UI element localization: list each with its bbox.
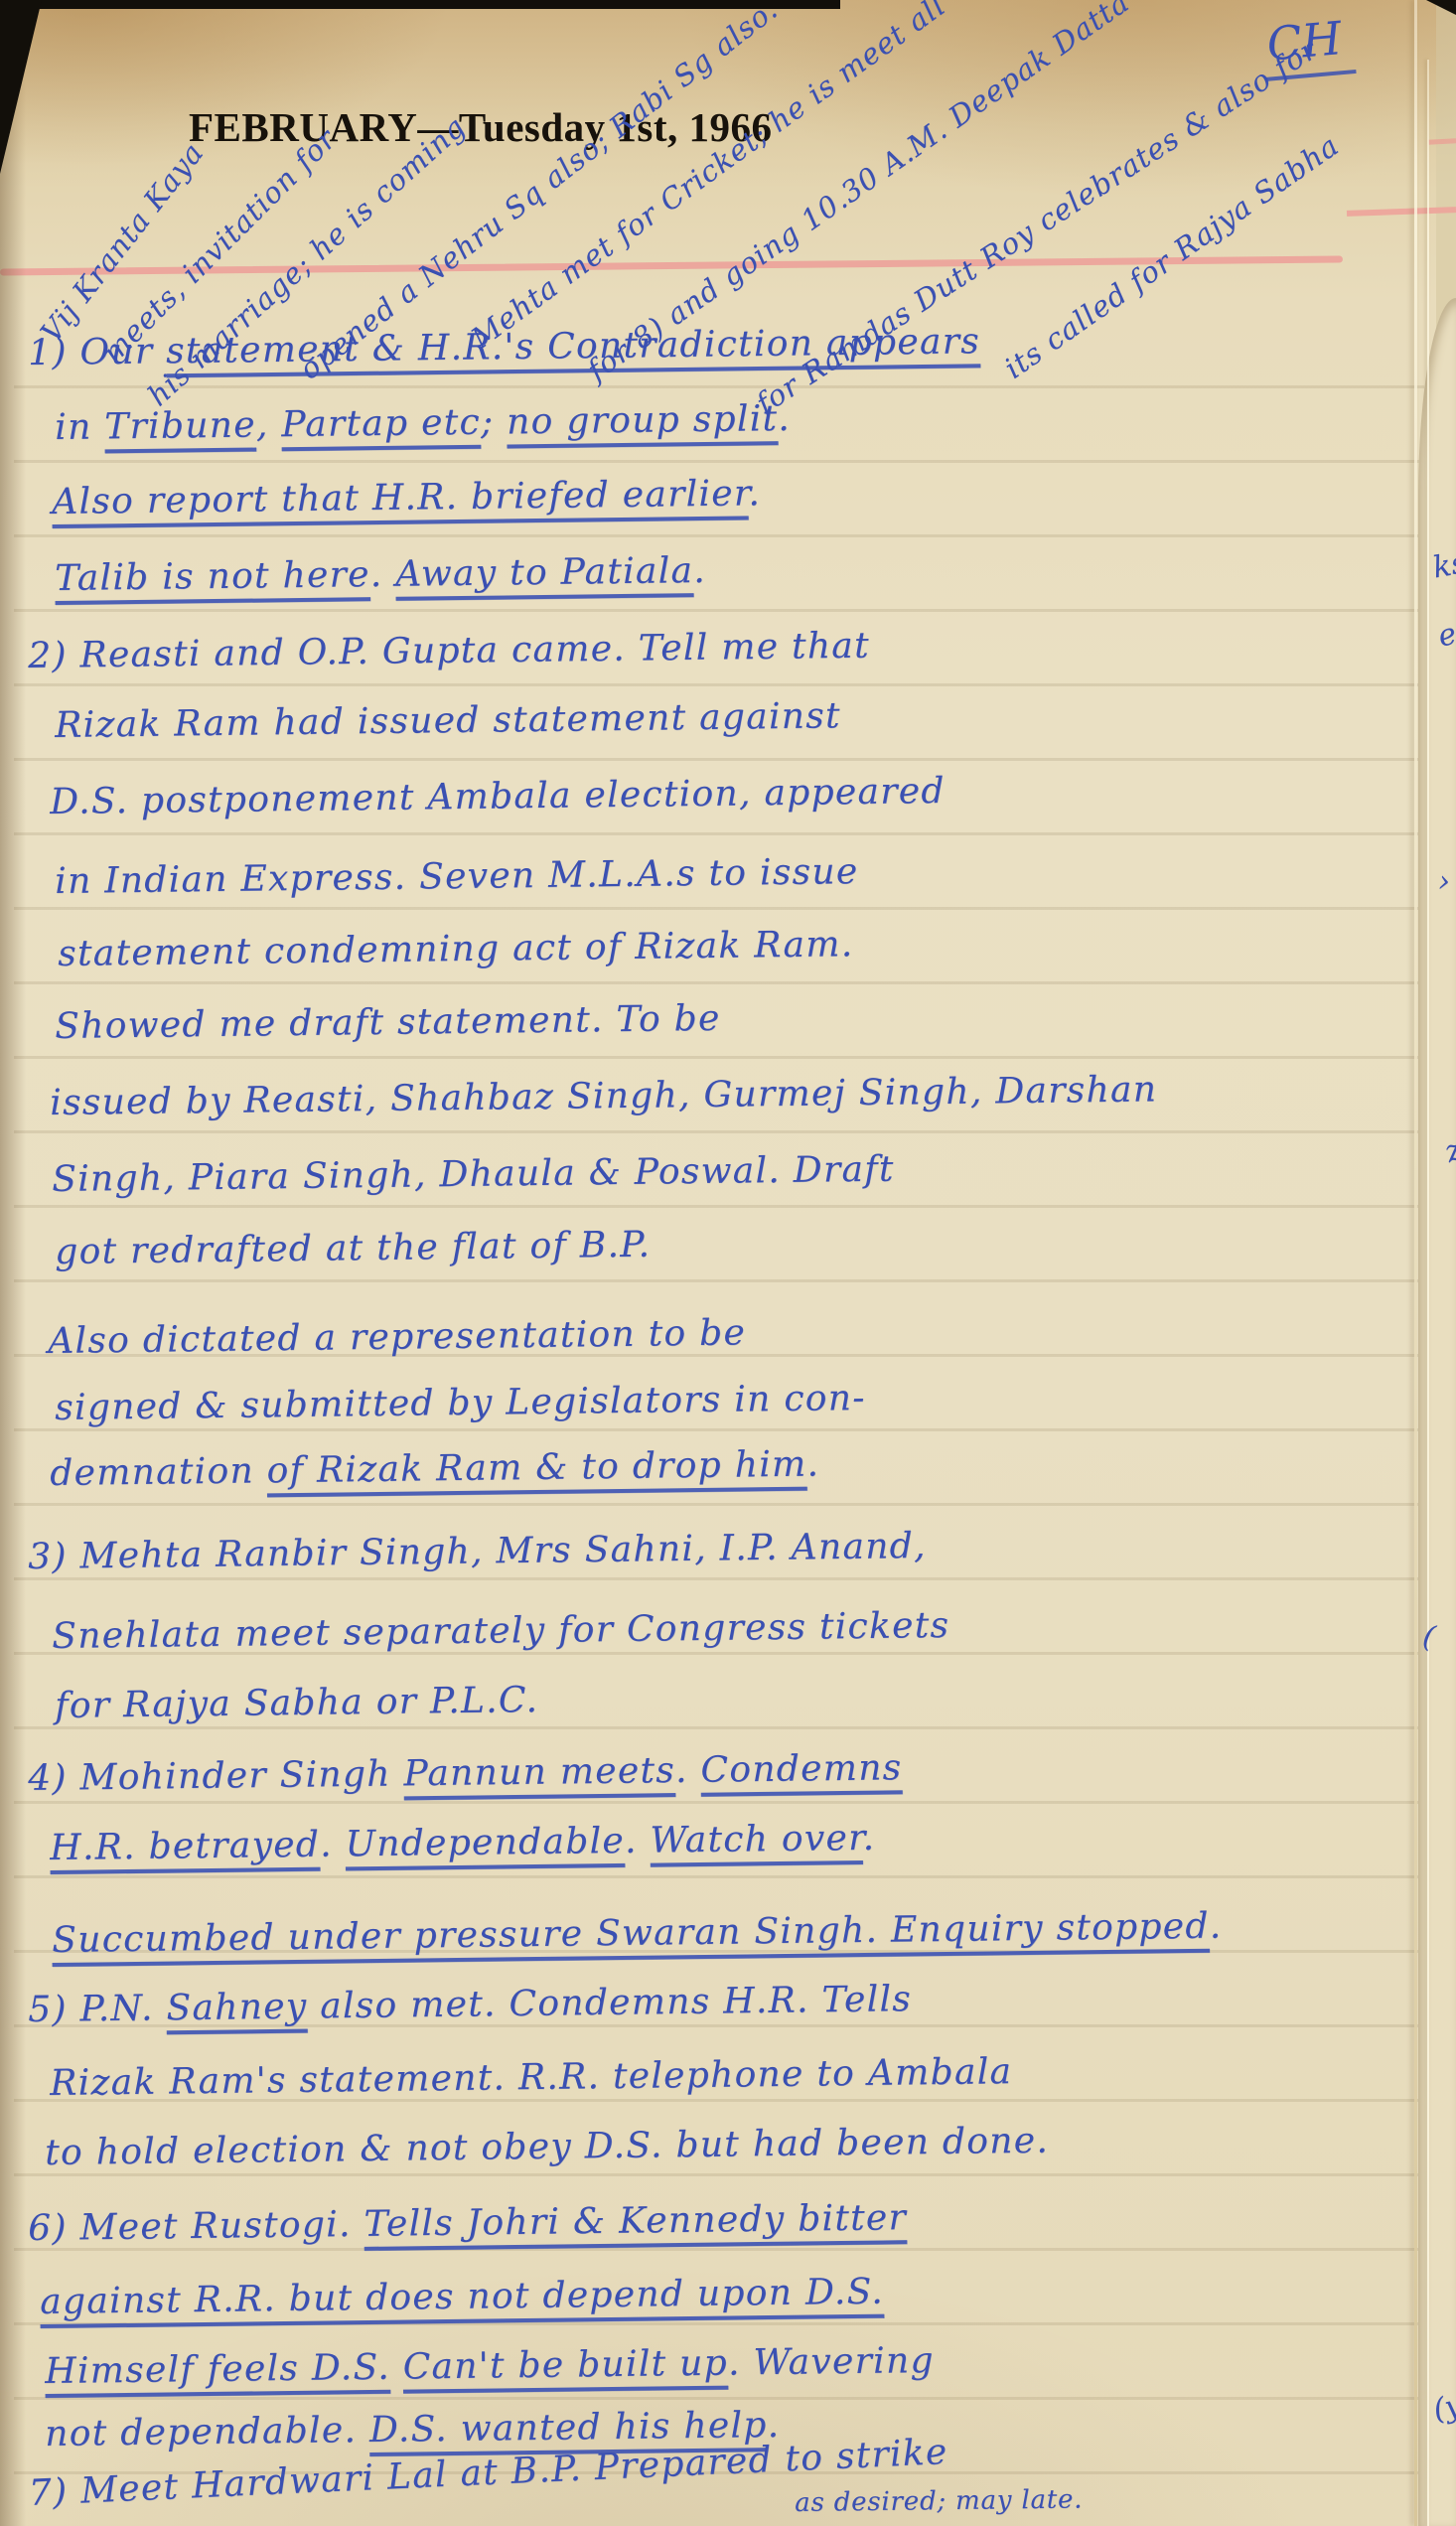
phrase: . Wavering xyxy=(728,2340,935,2384)
underlined-phrase: Can't be built up xyxy=(402,2343,728,2388)
handwriting-line: as desired; may late. xyxy=(795,2484,1083,2518)
underlined-phrase: Undependable xyxy=(345,1821,625,1864)
page-edge-crease xyxy=(1414,0,1417,2526)
underlined-phrase: Talib is not here xyxy=(55,554,370,599)
phrase: . xyxy=(320,1824,346,1864)
phrase: , xyxy=(256,404,282,445)
phrase xyxy=(390,2347,403,2388)
underlined-phrase: Tribune xyxy=(104,405,256,448)
handwriting-line: Also report that H.R. briefed earlier. xyxy=(52,473,761,522)
handwriting-line: Showed me draft statement. To be xyxy=(55,998,721,1047)
underlined-phrase: Himself feels D.S. xyxy=(45,2347,390,2392)
phrase: as desired; may late. xyxy=(795,2484,1083,2518)
phrase: . xyxy=(1209,1906,1222,1947)
underlined-phrase: no group split xyxy=(507,398,779,442)
diary-page-scan: FEBRUARY—Tuesday 1st, 1966 CH Vij Kranta… xyxy=(0,0,1456,2526)
underlined-phrase: H.R. betrayed xyxy=(50,1825,320,1868)
margin-ink-fragment: › xyxy=(1438,864,1450,899)
underlined-phrase: Tells Johri & Kennedy bitter xyxy=(364,2197,907,2245)
handwriting-line: Also dictated a representation to be xyxy=(48,1312,746,1362)
printed-date-header: FEBRUARY—Tuesday 1st, 1966 xyxy=(189,103,773,151)
underlined-phrase: Sahney xyxy=(166,1987,307,2029)
underlined-phrase: Partap etc xyxy=(281,402,481,445)
phrase: . xyxy=(675,1750,701,1791)
phrase: . xyxy=(778,398,791,439)
phrase: 6) Meet Rustogi. xyxy=(28,2204,364,2249)
phrase: . xyxy=(748,473,761,514)
underlined-phrase: Away to Patiala xyxy=(395,550,693,595)
phrase: . xyxy=(693,550,706,591)
handwriting-line: for Rajya Sabha or P.L.C. xyxy=(55,1680,538,1726)
phrase: . xyxy=(806,1444,819,1485)
phrase: demnation xyxy=(50,1450,267,1494)
phrase: ; xyxy=(481,401,508,442)
phrase: . xyxy=(625,1821,651,1861)
underlined-phrase: Condemns xyxy=(700,1747,902,1790)
underlined-phrase: Watch over xyxy=(650,1818,863,1861)
page-edge-crease xyxy=(1427,60,1429,2526)
phrase: 4) Mohinder Singh xyxy=(28,1753,404,1799)
scanner-edge-top xyxy=(0,0,840,9)
phrase: Also dictated a representation to be xyxy=(48,1312,746,1362)
phrase: Showed me draft statement. To be xyxy=(55,998,721,1047)
underlined-phrase: Pannun meets xyxy=(403,1750,675,1794)
handwriting-line: got redrafted at the flat of B.P. xyxy=(55,1225,652,1272)
phrase: also met. Condemns H.R. Tells xyxy=(307,1979,912,2026)
underlined-phrase: Also report that H.R. briefed earlier xyxy=(52,473,749,522)
phrase: for Rajya Sabha or P.L.C. xyxy=(55,1680,538,1726)
phrase: . xyxy=(862,1818,875,1858)
left-edge-shadow xyxy=(0,0,26,2526)
phrase: not dependable. xyxy=(45,2410,369,2454)
handwriting-line: Talib is not here. Away to Patiala. xyxy=(55,550,706,599)
phrase: 5) P.N. xyxy=(28,1988,167,2030)
phrase: . xyxy=(369,554,395,595)
phrase: in xyxy=(55,406,105,448)
phrase: 1) Our xyxy=(28,331,166,373)
underlined-phrase: of Rizak Ram & to drop him xyxy=(266,1444,806,1492)
phrase: got redrafted at the flat of B.P. xyxy=(55,1225,652,1272)
